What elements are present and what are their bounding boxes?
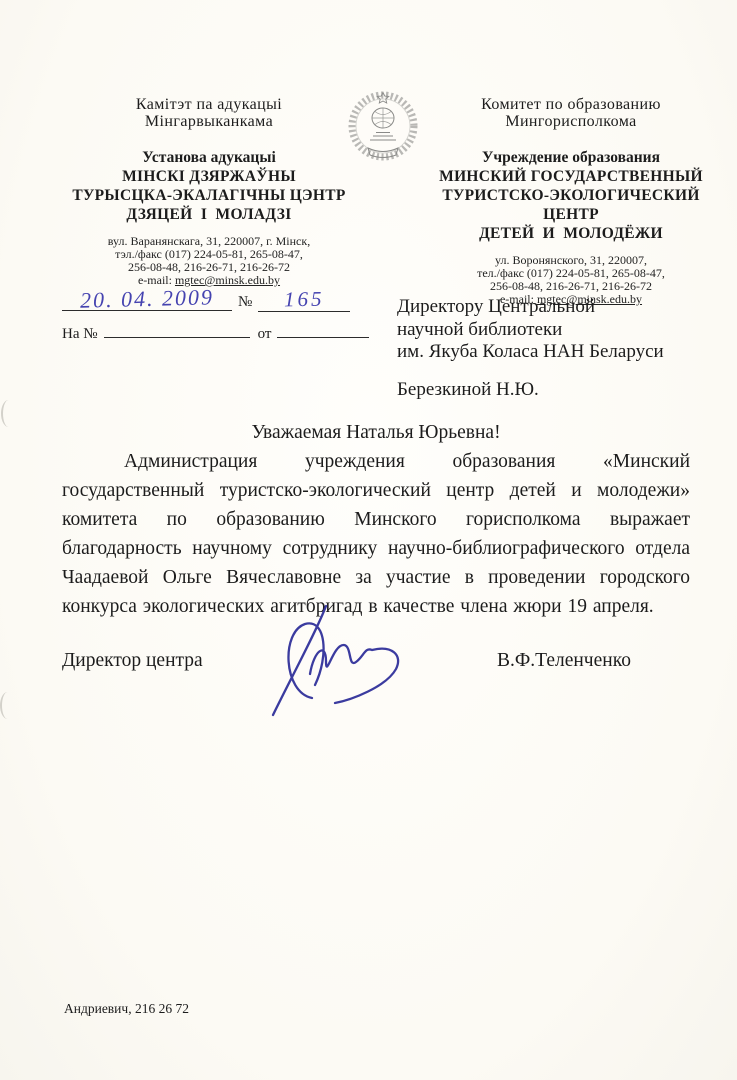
letterhead-belarusian: Камітэт па адукацыі Мінгарвыканкама Уста… (58, 96, 360, 287)
reply-number-line (104, 320, 250, 338)
letterhead-russian: Комитет по образованию Мингорисполкома У… (420, 96, 722, 306)
addressee-name: Березкиной Н.Ю. (397, 379, 707, 402)
committee-name-by: Камітэт па адукацыі Мінгарвыканкама (58, 96, 360, 130)
reply-date-line (277, 320, 369, 338)
number-sign: № (238, 294, 252, 310)
coat-of-arms-belarus-icon (346, 88, 420, 164)
punch-hole-mark (1, 400, 16, 427)
org-name-by: МІНСКІ ДЗЯРЖАЎНЫ ТУРЫСЦКА-ЭКАЛАГІЧНЫ ЦЭН… (58, 167, 360, 224)
committee-name-ru: Комитет по образованию Мингорисполкома (420, 96, 722, 130)
salutation: Уважаемая Наталья Юрьевна! (62, 418, 690, 447)
reference-block-date-number: 20. 04. 2009№165 (62, 286, 392, 312)
handwritten-date: 20. 04. 2009 (80, 284, 215, 313)
scanned-letter-page: Камітэт па адукацыі Мінгарвыканкама Уста… (0, 0, 737, 1080)
date-line: 20. 04. 2009 (62, 286, 232, 311)
reference-block-reply: На №от (62, 320, 392, 343)
address-by: вул. Варанянскага, 31, 220007, г. Мінск,… (58, 235, 360, 287)
director-signature-autograph (255, 588, 455, 728)
addressee-block: Директору Центральной научной библиотеки… (397, 296, 707, 401)
org-type-by: Установа адукацыі (58, 149, 360, 167)
org-type-ru: Учреждение образования (420, 149, 722, 167)
punch-hole-mark (0, 692, 15, 719)
handwritten-number: 165 (284, 287, 325, 313)
signature-name: В.Ф.Теленченко (497, 650, 631, 672)
from-label: от (258, 326, 272, 342)
signature-position-title: Директор центра (62, 650, 203, 672)
reply-label: На № (62, 326, 98, 342)
executor-note: Андриевич, 216 26 72 (64, 1001, 189, 1017)
number-line: 165 (258, 287, 350, 312)
org-name-ru: МИНСКИЙ ГОСУДАРСТВЕННЫЙ ТУРИСТСКО-ЭКОЛОГ… (420, 167, 722, 243)
